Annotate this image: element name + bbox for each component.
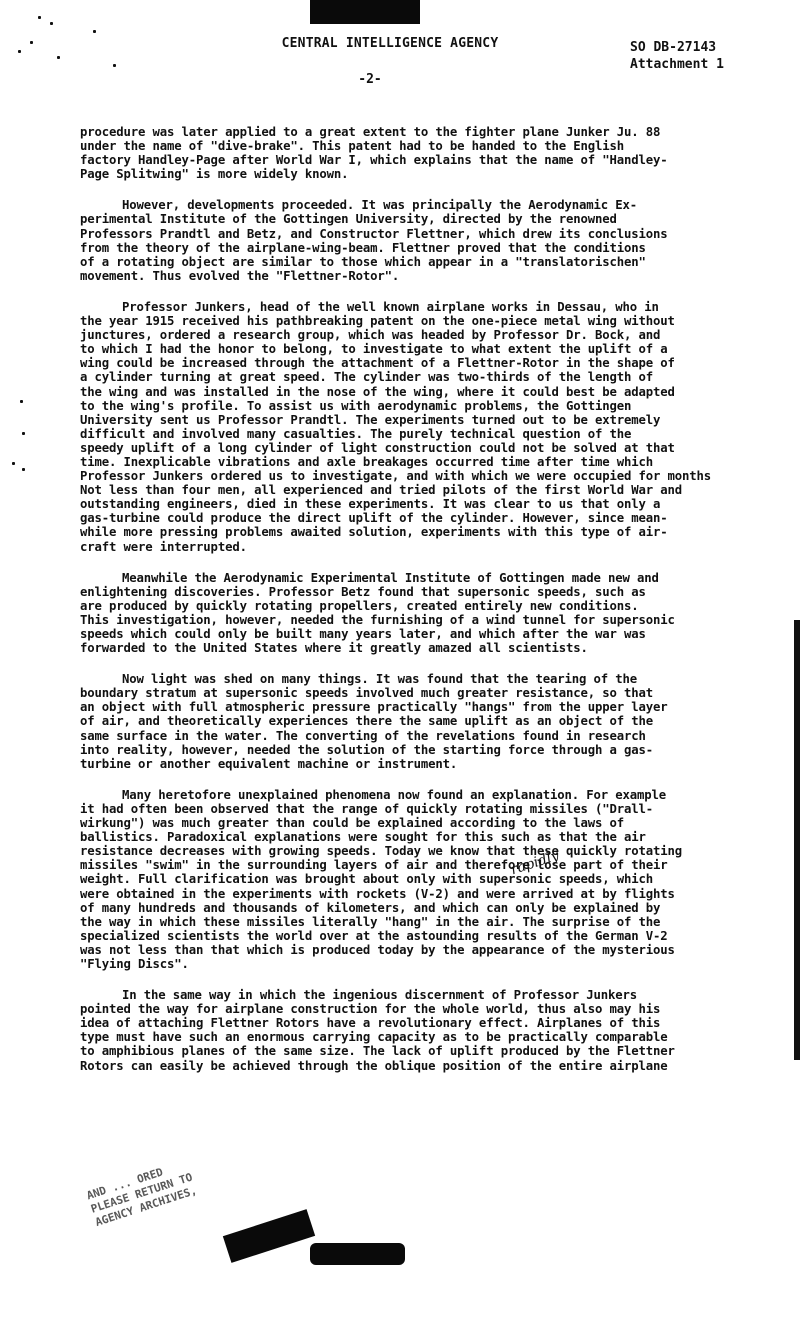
paragraph: Many heretofore unexplained phenomena no…: [80, 788, 760, 971]
paragraph: Professor Junkers, head of the well know…: [80, 300, 760, 554]
text-line: time. Inexplicable vibrations and axle b…: [80, 455, 760, 469]
scan-edge-bar: [794, 620, 800, 1060]
text-line: "Flying Discs".: [80, 957, 760, 971]
text-line: gas-turbine could produce the direct upl…: [80, 511, 760, 525]
document-page: CENTRAL INTELLIGENCE AGENCY -2- SO DB-27…: [0, 0, 800, 1318]
text-line: pointed the way for airplane constructio…: [80, 1002, 760, 1016]
text-line: procedure was later applied to a great e…: [80, 125, 760, 139]
text-line: are produced by quickly rotating propell…: [80, 599, 760, 613]
text-line: difficult and involved many casualties. …: [80, 427, 760, 441]
scan-speck: [12, 462, 15, 465]
document-reference: SO DB-27143 Attachment 1: [630, 39, 724, 73]
attachment-label: Attachment 1: [630, 56, 724, 73]
text-line: the year 1915 received his pathbreaking …: [80, 314, 760, 328]
text-line: wirkung") was much greater than could be…: [80, 816, 760, 830]
text-line: same surface in the water. The convertin…: [80, 729, 760, 743]
page-number: -2-: [0, 72, 770, 87]
text-line: idea of attaching Flettner Rotors have a…: [80, 1016, 760, 1030]
text-line: perimental Institute of the Gottingen Un…: [80, 212, 760, 226]
text-line: Page Splitwing" is more widely known.: [80, 167, 760, 181]
text-line: Rotors can easily be achieved through th…: [80, 1059, 760, 1073]
text-line: speedy uplift of a long cylinder of ligh…: [80, 441, 760, 455]
text-line: wing could be increased through the atta…: [80, 356, 760, 370]
reference-number: SO DB-27143: [630, 39, 724, 56]
scan-speck: [20, 400, 23, 403]
scan-speck: [30, 41, 33, 44]
text-line: junctures, ordered a research group, whi…: [80, 328, 760, 342]
text-line: factory Handley-Page after World War I, …: [80, 153, 760, 167]
text-line: under the name of "dive-brake". This pat…: [80, 139, 760, 153]
archive-stamp: AND ... ORED PLEASE RETURN TO AGENCY ARC…: [85, 1157, 199, 1230]
scan-speck: [22, 432, 25, 435]
document-body: procedure was later applied to a great e…: [80, 125, 760, 1090]
text-line: to the wing's profile. To assist us with…: [80, 399, 760, 413]
text-line: outstanding engineers, died in these exp…: [80, 497, 760, 511]
text-line: of many hundreds and thousands of kilome…: [80, 901, 760, 915]
text-line: Many heretofore unexplained phenomena no…: [80, 788, 760, 802]
text-line: speeds which could only be built many ye…: [80, 627, 760, 641]
text-line: Professors Prandtl and Betz, and Constru…: [80, 227, 760, 241]
text-line: the wing and was installed in the nose o…: [80, 385, 760, 399]
text-line: Now light was shed on many things. It wa…: [80, 672, 760, 686]
text-line: University sent us Professor Prandtl. Th…: [80, 413, 760, 427]
text-line: of a rotating object are similar to thos…: [80, 255, 760, 269]
text-line: boundary stratum at supersonic speeds in…: [80, 686, 760, 700]
redaction-top: [310, 0, 420, 24]
scan-speck: [57, 56, 60, 59]
text-line: into reality, however, needed the soluti…: [80, 743, 760, 757]
scan-speck: [22, 468, 25, 471]
scan-speck: [113, 64, 116, 67]
redaction-stamp: [223, 1209, 315, 1263]
text-line: turbine or another equivalent machine or…: [80, 757, 760, 771]
text-line: This investigation, however, needed the …: [80, 613, 760, 627]
text-line: an object with full atmospheric pressure…: [80, 700, 760, 714]
paragraph: Meanwhile the Aerodynamic Experimental I…: [80, 571, 760, 656]
paragraph: procedure was later applied to a great e…: [80, 125, 760, 181]
redaction-bottom: [310, 1243, 405, 1265]
text-line: while more pressing problems awaited sol…: [80, 525, 760, 539]
text-line: a cylinder turning at great speed. The c…: [80, 370, 760, 384]
scan-speck: [50, 22, 53, 25]
text-line: to amphibious planes of the same size. T…: [80, 1044, 760, 1058]
text-line: type must have such an enormous carrying…: [80, 1030, 760, 1044]
text-line: enlightening discoveries. Professor Betz…: [80, 585, 760, 599]
text-line: specialized scientists the world over at…: [80, 929, 760, 943]
paragraph: Now light was shed on many things. It wa…: [80, 672, 760, 771]
text-line: from the theory of the airplane-wing-bea…: [80, 241, 760, 255]
text-line: of air, and theoretically experiences th…: [80, 714, 760, 728]
text-line: resistance decreases with growing speeds…: [80, 844, 760, 858]
text-line: weight. Full clarification was brought a…: [80, 872, 760, 886]
text-line: Professor Junkers ordered us to investig…: [80, 469, 760, 483]
scan-speck: [93, 30, 96, 33]
text-line: forwarded to the United States where it …: [80, 641, 760, 655]
text-line: the way in which these missiles literall…: [80, 915, 760, 929]
text-line: In the same way in which the ingenious d…: [80, 988, 760, 1002]
text-line: Not less than four men, all experienced …: [80, 483, 760, 497]
text-line: missiles "swim" in the surrounding layer…: [80, 858, 760, 872]
paragraph: In the same way in which the ingenious d…: [80, 988, 760, 1073]
text-line: was not less than that which is produced…: [80, 943, 760, 957]
text-line: were obtained in the experiments with ro…: [80, 887, 760, 901]
text-line: movement. Thus evolved the "Flettner-Rot…: [80, 269, 760, 283]
text-line: craft were interrupted.: [80, 540, 760, 554]
text-line: it had often been observed that the rang…: [80, 802, 760, 816]
text-line: to which I had the honor to belong, to i…: [80, 342, 760, 356]
scan-speck: [38, 16, 41, 19]
paragraph: However, developments proceeded. It was …: [80, 198, 760, 283]
text-line: Meanwhile the Aerodynamic Experimental I…: [80, 571, 760, 585]
text-line: Professor Junkers, head of the well know…: [80, 300, 760, 314]
scan-speck: [18, 50, 21, 53]
text-line: However, developments proceeded. It was …: [80, 198, 760, 212]
text-line: ballistics. Paradoxical explanations wer…: [80, 830, 760, 844]
